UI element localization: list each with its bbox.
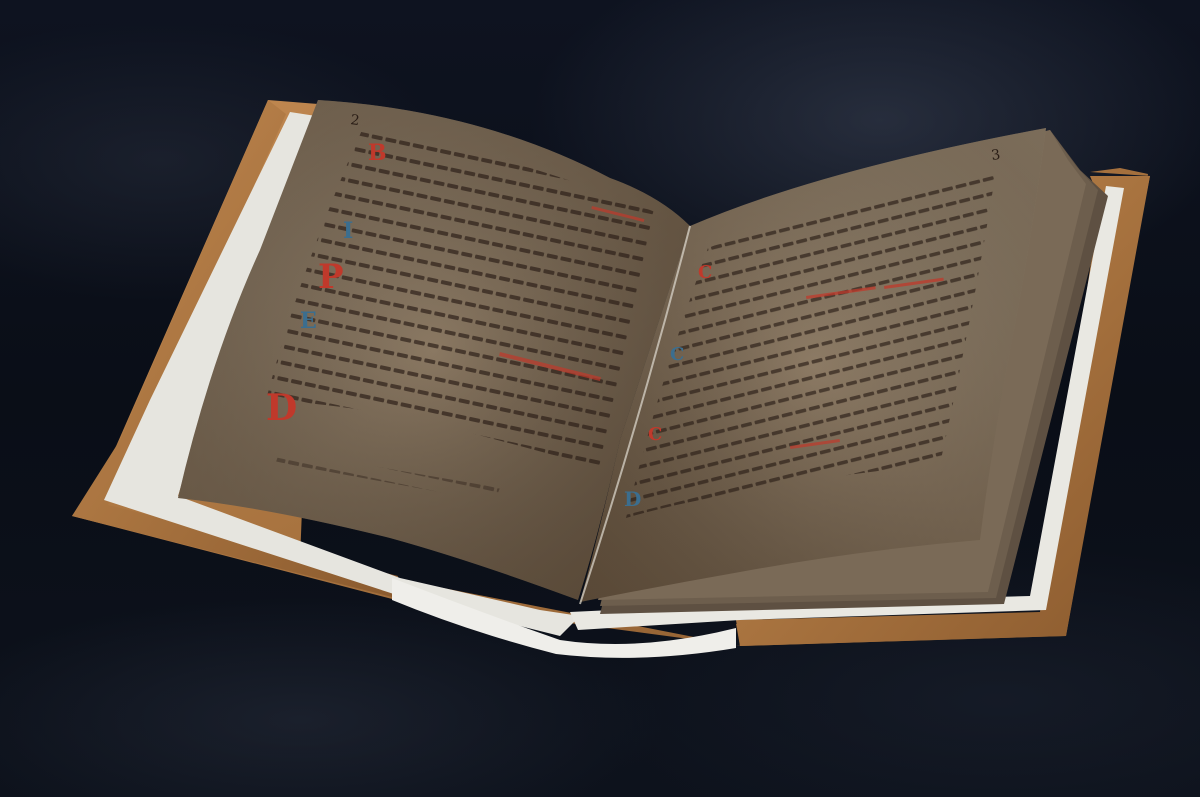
open-manuscript: 2 3 B I P E D C C C D	[0, 0, 1200, 797]
initial-right-4: D	[624, 487, 641, 511]
initial-right-3: C	[648, 424, 662, 445]
initial-left-1: B	[368, 140, 387, 166]
initial-right-1: C	[698, 262, 712, 283]
photo-scene: 2 3 B I P E D C C C D	[0, 0, 1200, 797]
initial-left-4: E	[300, 308, 317, 334]
initial-left-3: P	[318, 257, 344, 297]
initial-left-2: I	[343, 218, 353, 244]
initial-right-2: C	[670, 344, 684, 365]
initial-left-5: D	[266, 387, 297, 429]
